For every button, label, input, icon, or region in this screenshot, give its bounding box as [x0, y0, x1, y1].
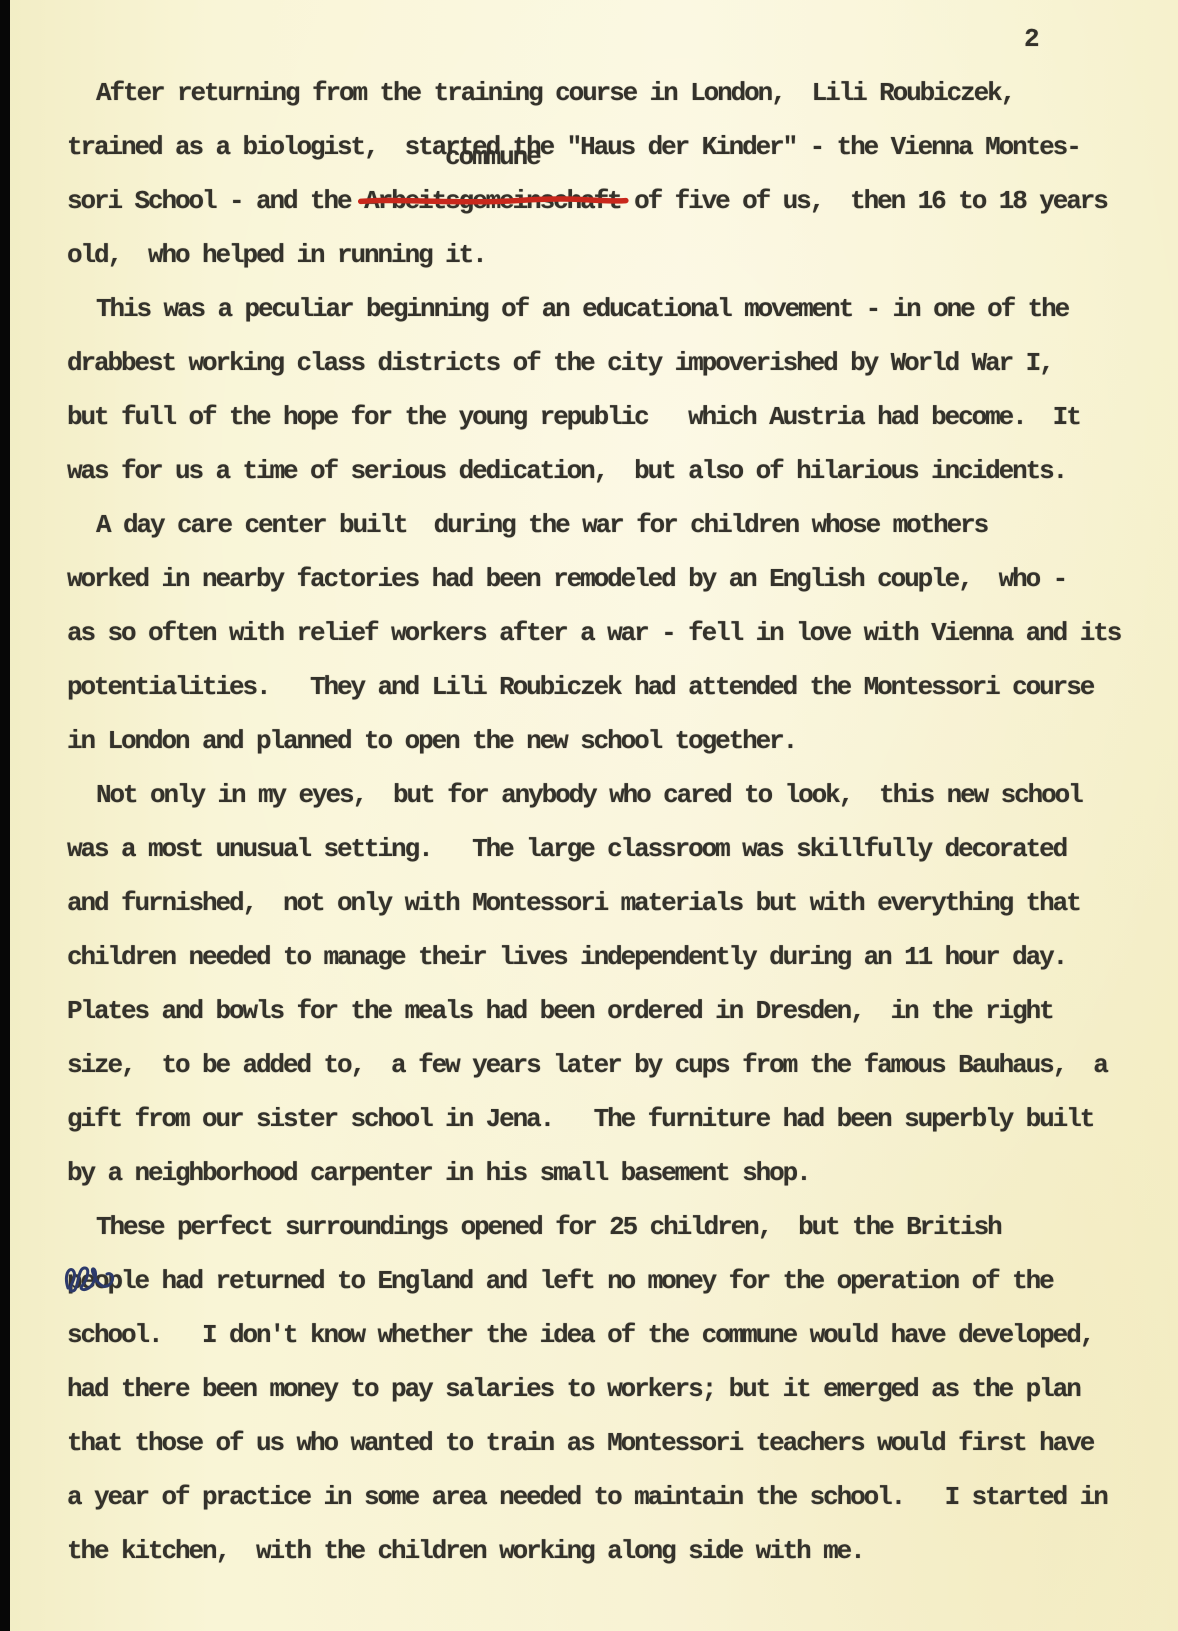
text-segment: had returned to England and left no mone… [148, 1266, 1053, 1296]
strike-segment: Arbeitsgemeinschaftcommune [364, 174, 621, 228]
text-line: people had returned to England and left … [67, 1254, 1097, 1308]
text-segment: size, to be added to, a few years later … [67, 1050, 1107, 1080]
paragraph: This was a peculiar beginning of an educ… [67, 282, 1097, 498]
paragraph: These perfect surroundings opened for 25… [67, 1200, 1097, 1578]
text-line: children needed to manage their lives in… [67, 930, 1097, 984]
text-line: drabbest working class districts of the … [67, 336, 1097, 390]
text-segment: old, who helped in running it. [67, 240, 486, 270]
scribble-segment: people [67, 1254, 148, 1308]
text-line: Plates and bowls for the meals had been … [67, 984, 1097, 1038]
text-segment: that those of us who wanted to train as … [67, 1428, 1093, 1458]
text-segment: trained as a biologist, started the "Hau… [67, 132, 1080, 162]
text-segment: was for us a time of serious dedication,… [67, 456, 1066, 486]
text-segment: had there been money to pay salaries to … [67, 1374, 1080, 1404]
text-segment: in London and planned to open the new sc… [67, 726, 796, 756]
text-line: but full of the hope for the young repub… [67, 390, 1097, 444]
text-segment: the kitchen, with the children working a… [67, 1536, 864, 1566]
text-line: A day care center built during the war f… [67, 498, 1097, 552]
text-line: a year of practice in some area needed t… [67, 1470, 1097, 1524]
text-line: gift from our sister school in Jena. The… [67, 1092, 1097, 1146]
text-line: worked in nearby factories had been remo… [67, 552, 1097, 606]
text-segment: gift from our sister school in Jena. The… [67, 1104, 1093, 1134]
text-line: was for us a time of serious dedication,… [67, 444, 1097, 498]
text-segment: A day care center built during the war f… [96, 510, 987, 540]
text-segment: drabbest working class districts of the … [67, 348, 1053, 378]
text-segment: but full of the hope for the young repub… [67, 402, 1080, 432]
page-number: 2 [1024, 24, 1038, 54]
text-line: size, to be added to, a few years later … [67, 1038, 1097, 1092]
text-segment: a year of practice in some area needed t… [67, 1482, 1107, 1512]
text-segment: potentialities. They and Lili Roubiczek … [67, 672, 1093, 702]
text-line: was a most unusual setting. The large cl… [67, 822, 1097, 876]
text-line: that those of us who wanted to train as … [67, 1416, 1097, 1470]
text-line: by a neighborhood carpenter in his small… [67, 1146, 1097, 1200]
text-segment: These perfect surroundings opened for 25… [96, 1212, 1001, 1242]
scan-edge-strip [0, 0, 10, 1631]
text-segment: as so often with relief workers after a … [67, 618, 1120, 648]
text-segment: by a neighborhood carpenter in his small… [67, 1158, 810, 1188]
text-segment: school. I don't know whether the idea of… [67, 1320, 1093, 1350]
ink-scribble-mark [62, 1260, 132, 1298]
text-line: After returning from the training course… [67, 66, 1097, 120]
text-segment: children needed to manage their lives in… [67, 942, 1066, 972]
text-line: Not only in my eyes, but for anybody who… [67, 768, 1097, 822]
paragraph: After returning from the training course… [67, 66, 1097, 282]
paragraph: A day care center built during the war f… [67, 498, 1097, 768]
red-strikethrough-mark [358, 195, 629, 207]
text-line: the kitchen, with the children working a… [67, 1524, 1097, 1578]
text-segment: of five of us, then 16 to 18 years [621, 186, 1107, 216]
document-body: After returning from the training course… [67, 66, 1097, 1578]
text-line: old, who helped in running it. [67, 228, 1097, 282]
text-segment: sori School - and the [67, 186, 364, 216]
text-line: potentialities. They and Lili Roubiczek … [67, 660, 1097, 714]
text-line: trained as a biologist, started the "Hau… [67, 120, 1097, 174]
text-line: and furnished, not only with Montessori … [67, 876, 1097, 930]
text-line: had there been money to pay salaries to … [67, 1362, 1097, 1416]
text-line: as so often with relief workers after a … [67, 606, 1097, 660]
text-segment: was a most unusual setting. The large cl… [67, 834, 1066, 864]
text-line: school. I don't know whether the idea of… [67, 1308, 1097, 1362]
document-page: 2 After returning from the training cour… [0, 0, 1178, 1631]
text-segment: worked in nearby factories had been remo… [67, 564, 1066, 594]
text-segment: and furnished, not only with Montessori … [67, 888, 1080, 918]
text-segment: After returning from the training course… [96, 78, 1014, 108]
text-line: in London and planned to open the new sc… [67, 714, 1097, 768]
paragraph: Not only in my eyes, but for anybody who… [67, 768, 1097, 1200]
text-segment: This was a peculiar beginning of an educ… [96, 294, 1068, 324]
text-line: sori School - and the Arbeitsgemeinschaf… [67, 174, 1097, 228]
text-segment: Plates and bowls for the meals had been … [67, 996, 1053, 1026]
text-line: This was a peculiar beginning of an educ… [67, 282, 1097, 336]
text-line: These perfect surroundings opened for 25… [67, 1200, 1097, 1254]
inserted-word: commune [445, 144, 540, 170]
text-segment: Not only in my eyes, but for anybody who… [96, 780, 1082, 810]
